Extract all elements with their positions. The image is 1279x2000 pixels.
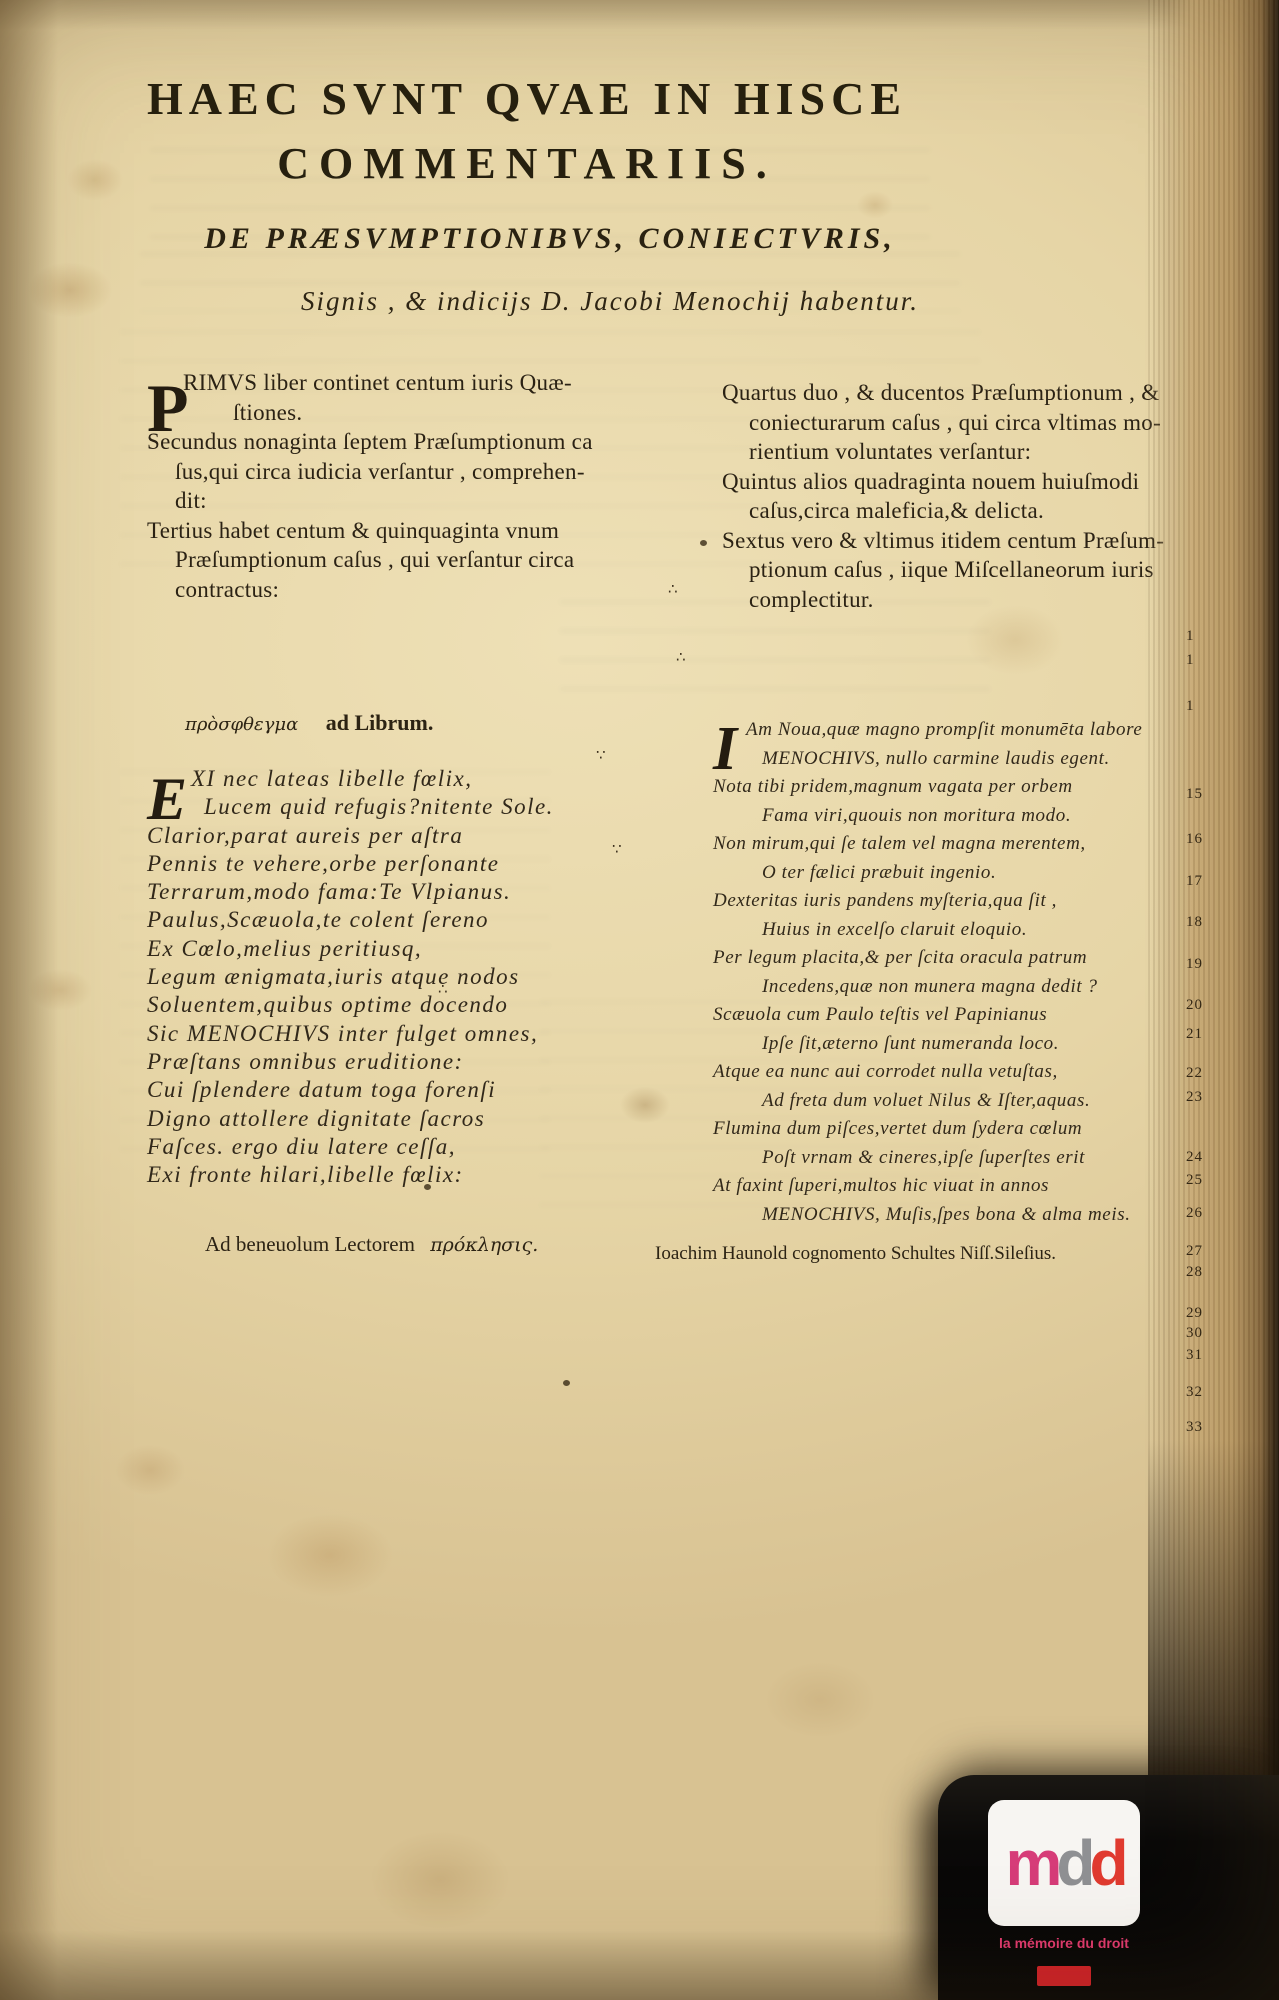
- poem-line: Huius in excelſo claruit eloquio.: [713, 916, 1213, 945]
- poem-line: Am Noua,quæ magno prompſit monumēta labo…: [713, 716, 1213, 745]
- logo-letter: m: [1005, 1827, 1056, 1899]
- poem-line: Pennis te vehere,orbe perſonante: [147, 850, 617, 878]
- asterism-ornament: ∵: [612, 840, 624, 858]
- fore-edge-page-number: 24: [1186, 1149, 1236, 1166]
- fore-edge-page-number: 32: [1186, 1384, 1236, 1401]
- poem-line: Legum ænigmata,iuris atque nodos: [147, 963, 617, 991]
- poem-line: MENOCHIVS, Muſis,ſpes bona & alma meis.: [713, 1201, 1213, 1230]
- poem-line: Exi fronte hilari,libelle fœlix:: [147, 1161, 617, 1189]
- footer-lectorem-latin: Ad beneuolum Lectorem: [205, 1232, 415, 1256]
- asterism-ornament: ∴: [676, 648, 688, 666]
- ink-speck: [700, 540, 707, 546]
- poem-line: At faxint ſuperi,multos hic viuat in ann…: [713, 1172, 1213, 1201]
- poem-line: Incedens,quæ non munera magna dedit ?: [713, 973, 1213, 1002]
- contents-line: caſus,circa maleficia,& delicta.: [722, 496, 1192, 526]
- contents-line: coniecturarum caſus , qui circa vltimas …: [722, 408, 1192, 438]
- contents-line: ſtiones.: [147, 398, 667, 428]
- fore-edge-page-number: 22: [1186, 1065, 1236, 1082]
- ink-speck: [563, 1380, 570, 1386]
- poem-line: MENOCHIVS, nullo carmine laudis egent.: [713, 745, 1213, 774]
- fore-edge-page-number: 1: [1186, 628, 1236, 645]
- greek-word: πρὸσφθεγμα: [185, 714, 298, 735]
- mdd-logo: mdd: [988, 1800, 1140, 1926]
- logo-red-bar: [1037, 1966, 1091, 1986]
- asterism-ornament: ∴: [668, 580, 680, 598]
- poem-line: Scæuola cum Paulo teſtis vel Papinianus: [713, 1001, 1213, 1030]
- poem-line: Nota tibi pridem,magnum vagata per orbem: [713, 773, 1213, 802]
- page-subtitle: DE PRÆSVMPTIONIBVS, CONIECTVRIS,: [70, 222, 1030, 256]
- poem-line: Per legum placita,& per ſcita oracula pa…: [713, 944, 1213, 973]
- fore-edge-page-number: 31: [1186, 1347, 1236, 1364]
- contents-line: Sextus vero & vltimus itidem centum Præſ…: [722, 526, 1192, 556]
- library-stamp-area: mdd la mémoire du droit: [938, 1775, 1279, 2000]
- footer-lectorem: Ad beneuolum Lectorem πρόκλησις.: [205, 1232, 538, 1257]
- contents-line: contractus:: [147, 575, 667, 605]
- fore-edge-page-number: 25: [1186, 1172, 1236, 1189]
- dedication-line: Signis , & indicijs D. Jacobi Menochij h…: [130, 286, 1090, 317]
- contents-line: ptionum caſus , iique Miſcellaneorum iur…: [722, 555, 1192, 585]
- logo-letter: d: [1056, 1827, 1089, 1899]
- contents-line: Præſumptionum caſus , qui verſantur circ…: [147, 545, 667, 575]
- fore-edge-page-number: 27: [1186, 1243, 1236, 1260]
- showthrough-text: [560, 600, 990, 710]
- poem-to-the-book: E XI nec lateas libelle fœlix,Lucem quid…: [147, 765, 617, 1189]
- poem-line: Soluentem,quibus optime docendo: [147, 991, 617, 1019]
- contents-line: Secundus nonaginta ſeptem Præſumptionum …: [147, 427, 667, 457]
- poem-line: Atque ea nunc aui corrodet nulla vetuſta…: [713, 1058, 1213, 1087]
- poem-line: Dexteritas iuris pandens myſteria,qua ſi…: [713, 887, 1213, 916]
- fore-edge-page-number: 28: [1186, 1264, 1236, 1281]
- drop-cap-e: E: [147, 769, 189, 829]
- poem-line: O ter fælici præbuit ingenio.: [713, 859, 1213, 888]
- contents-line: rientium voluntates verſantur:: [722, 437, 1192, 467]
- fore-edge-page-number: 1: [1186, 652, 1236, 669]
- ad-librum-label: ad Librum.: [326, 710, 434, 735]
- ad-librum-heading: πρὸσφθεγμα ad Librum.: [185, 710, 433, 736]
- poem-line: Cui ſplendere datum toga forenſi: [147, 1076, 617, 1104]
- poem-line: Ex Cœlo,melius peritiusq,: [147, 935, 617, 963]
- fore-edge-page-number: 15: [1186, 786, 1236, 803]
- poem-line: Flumina dum piſces,vertet dum ſydera cœl…: [713, 1115, 1213, 1144]
- fore-edge-page-number: 18: [1186, 914, 1236, 931]
- contents-line: Quartus duo , & ducentos Præſumptionum ,…: [722, 378, 1192, 408]
- poem-line: Poſt vrnam & cineres,ipſe ſuperſtes erit: [713, 1144, 1213, 1173]
- fore-edge-page-number: 17: [1186, 873, 1236, 890]
- poem-line: Ipſe ſit,æterno ſunt numeranda loco.: [713, 1030, 1213, 1059]
- poem-line: Non mirum,qui ſe talem vel magna merente…: [713, 830, 1213, 859]
- poem-line: Paulus,Scæuola,te colent ſereno: [147, 906, 617, 934]
- poem-line: Clarior,parat aureis per aſtra: [147, 822, 617, 850]
- contents-column-right: Quartus duo , & ducentos Præſumptionum ,…: [722, 378, 1192, 614]
- contents-line: RIMVS liber continet centum iuris Quæ-: [147, 368, 667, 398]
- gutter-shadow: [0, 0, 58, 2000]
- contents-column-left: P RIMVS liber continet centum iuris Quæ-…: [147, 368, 667, 604]
- poem-line: Ad freta dum voluet Nilus & Iſter,aquas.: [713, 1087, 1213, 1116]
- top-edge-shadow: [0, 0, 1279, 30]
- fore-edge-page-number: 30: [1186, 1325, 1236, 1342]
- logo-letter: d: [1089, 1827, 1122, 1899]
- ink-speck: [424, 1184, 431, 1190]
- footer-lectorem-greek: πρόκλησις.: [430, 1234, 538, 1256]
- scanned-book-page: HAEC SVNT QVAE IN HISCE COMMENTARIIS. DE…: [0, 0, 1279, 2000]
- fore-edge-page-number: 19: [1186, 956, 1236, 973]
- poem-line: Faſces. ergo diu latere ceſſa,: [147, 1133, 617, 1161]
- page-title-line2: COMMENTARIIS.: [47, 138, 1007, 189]
- contents-line: Quintus alios quadraginta nouem huiuſmod…: [722, 467, 1192, 497]
- logo-tagline: la mémoire du droit: [964, 1935, 1164, 1951]
- fore-edge-page-number: 20: [1186, 997, 1236, 1014]
- fore-edge-page-number: 21: [1186, 1026, 1236, 1043]
- contents-line: Tertius habet centum & quinquaginta vnum: [147, 516, 667, 546]
- drop-cap-p: P: [147, 374, 189, 442]
- contents-line: ſus,qui circa iudicia verſantur , compre…: [147, 457, 667, 487]
- drop-cap-i: I: [713, 718, 738, 780]
- poem-line: XI nec lateas libelle fœlix,: [147, 765, 617, 793]
- poem-epigram: I Am Noua,quæ magno prompſit monumēta la…: [713, 716, 1213, 1229]
- asterism-ornament: ∴: [438, 980, 450, 998]
- asterism-ornament: ∵: [596, 746, 608, 764]
- contents-line: dit:: [147, 486, 667, 516]
- fore-edge-page-number: 29: [1186, 1305, 1236, 1322]
- fore-edge-page-number: 26: [1186, 1205, 1236, 1222]
- page-title-line1: HAEC SVNT QVAE IN HISCE: [47, 72, 1007, 125]
- poem-line: Fama viri,quouis non moritura modo.: [713, 802, 1213, 831]
- poem-line: Lucem quid refugis?nitente Sole.: [147, 793, 617, 821]
- poem-line: Sic MENOCHIVS inter fulget omnes,: [147, 1020, 617, 1048]
- footer-author-signature: Ioachim Haunold cognomento Schultes Niſſ…: [655, 1243, 1056, 1265]
- poem-line: Præſtans omnibus eruditione:: [147, 1048, 617, 1076]
- fore-edge-page-number: 23: [1186, 1089, 1236, 1106]
- contents-line: complectitur.: [722, 585, 1192, 615]
- fore-edge-page-number: 33: [1186, 1419, 1236, 1436]
- fore-edge-page-number: 1: [1186, 698, 1236, 715]
- fore-edge-page-number: 16: [1186, 831, 1236, 848]
- poem-line: Digno attollere dignitate ſacros: [147, 1105, 617, 1133]
- poem-line: Terrarum,modo fama:Te Vlpianus.: [147, 878, 617, 906]
